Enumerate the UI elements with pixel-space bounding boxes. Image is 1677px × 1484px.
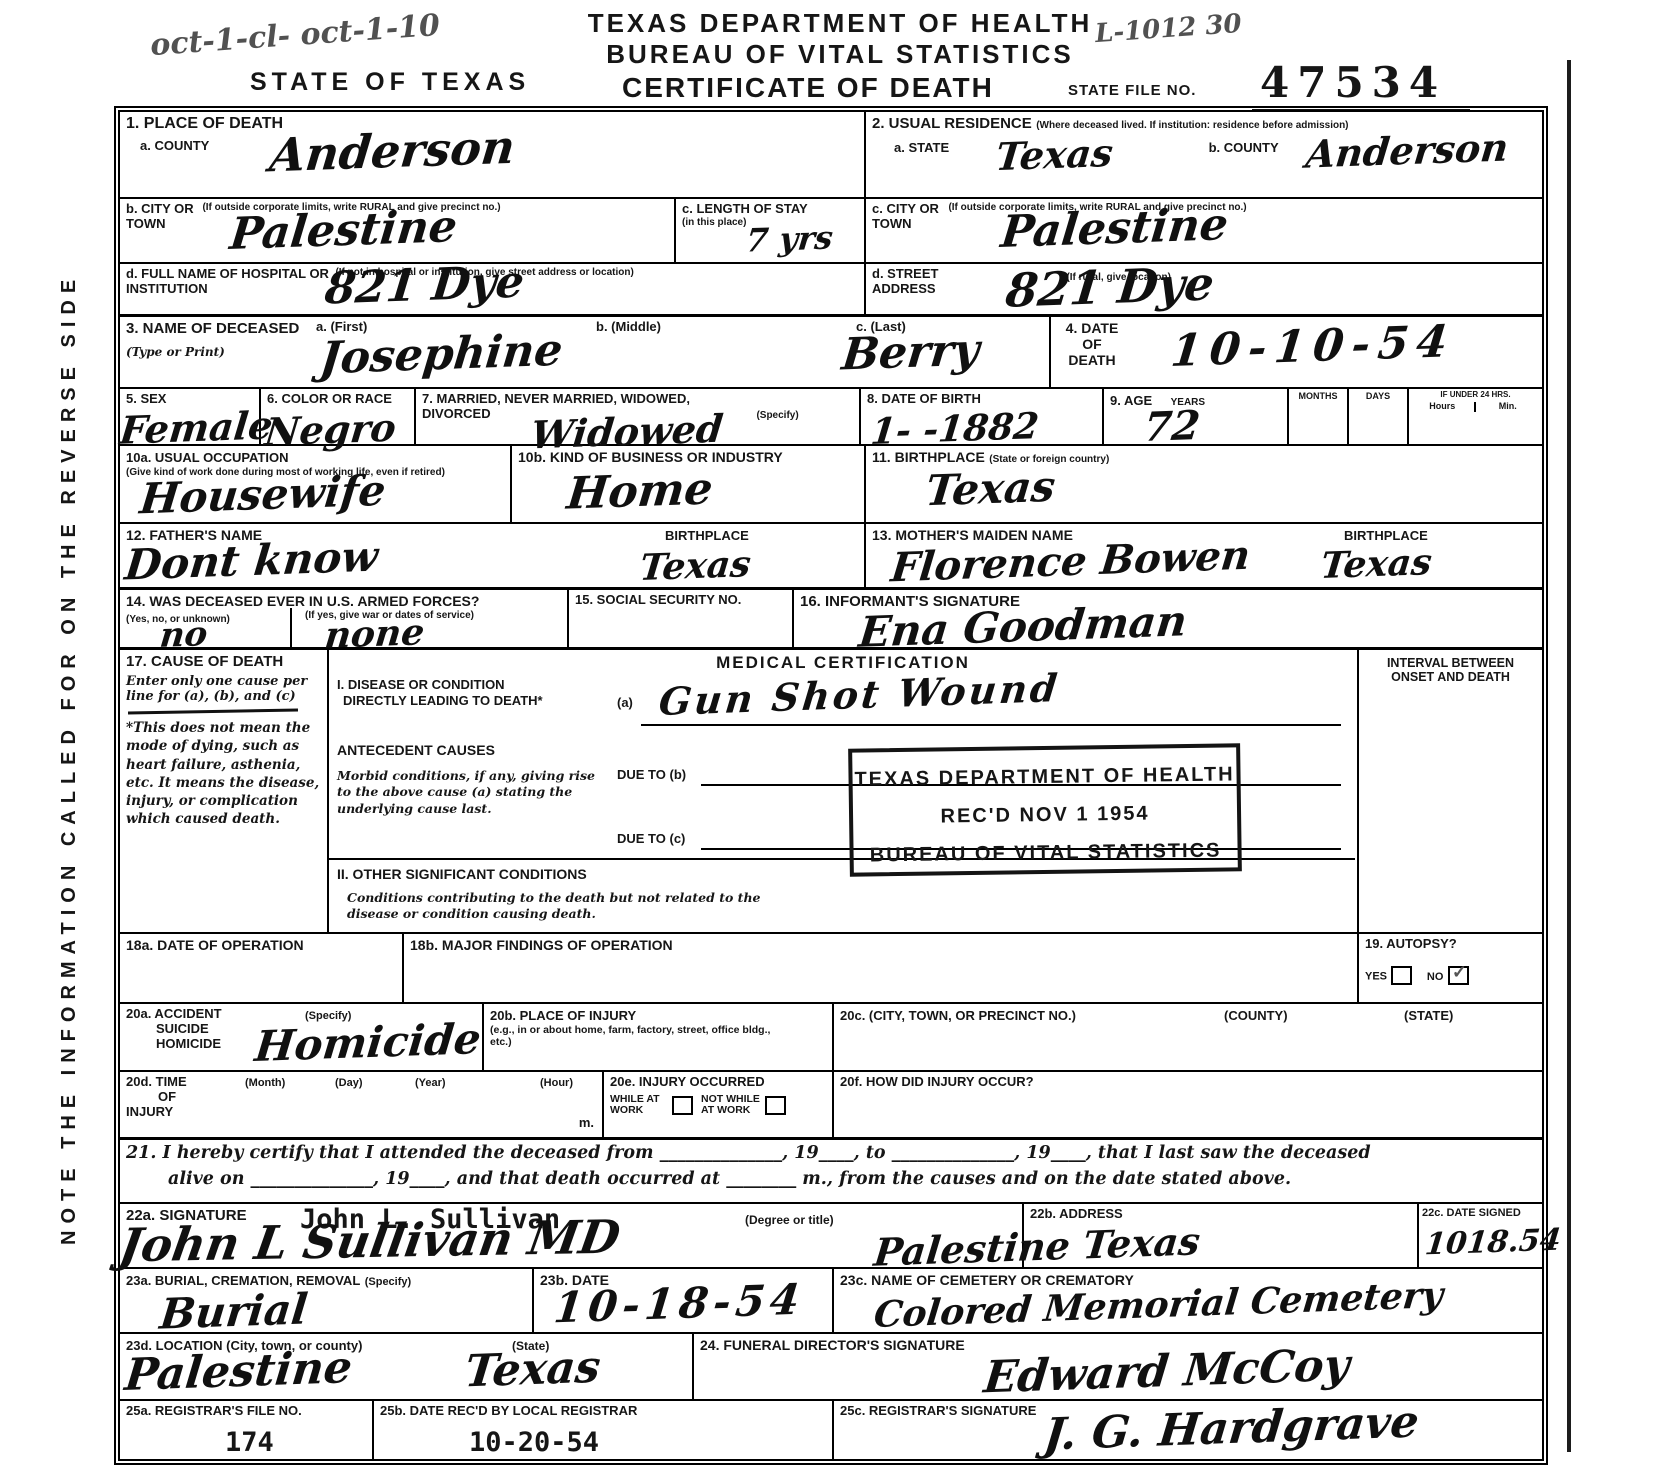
row-location: 23d. LOCATION (City, town, or county) (S… <box>120 1332 1542 1399</box>
father-birthplace-value-handwriting: Texas <box>638 546 752 586</box>
certification-line1: 21. I hereby certify that I attended the… <box>126 1143 1536 1163</box>
field-sex: 5. SEX Female <box>120 389 259 444</box>
residence-city-value-handwriting: Palestine <box>999 203 1230 255</box>
row-operation: 18a. DATE OF OPERATION 18b. MAJOR FINDIN… <box>120 932 1542 1002</box>
autopsy-yes-label: YES <box>1365 971 1387 983</box>
usual-residence-note: (Where deceased lived. If institution: r… <box>1036 120 1348 131</box>
disease-label-line1: I. DISEASE OR CONDITION <box>337 678 505 693</box>
age-hours-label: Hours <box>1411 402 1476 412</box>
cause-a-value-handwriting: Gun Shot Wound <box>657 669 1062 721</box>
field-place-of-injury: 20b. PLACE OF INJURY (e.g., in or about … <box>482 1004 832 1070</box>
field-ssn: 15. SOCIAL SECURITY NO. <box>567 590 792 647</box>
burial-note: (Specify) <box>365 1276 411 1288</box>
physician-address-value-handwriting: Palestine Texas <box>872 1222 1202 1272</box>
disease-label-line2: DIRECTLY LEADING TO DEATH* <box>343 694 543 709</box>
field-business: 10b. KIND OF BUSINESS OR INDUSTRY Home <box>510 446 864 522</box>
injury-hour-label: (Hour) <box>540 1077 573 1089</box>
birthplace-value-handwriting: Texas <box>924 466 1057 513</box>
business-value-handwriting: Home <box>565 467 715 516</box>
field-age-under24: IF UNDER 24 HRS. Hours Min. <box>1407 389 1542 444</box>
marital-note: (Specify) <box>756 410 798 421</box>
field-injury-location: 20c. (CITY, TOWN, OR PRECINCT NO.) (COUN… <box>832 1004 1542 1070</box>
color-race-value-handwriting: Negro <box>263 409 398 452</box>
row-armed-forces: 14. WAS DECEASED EVER IN U.S. ARMED FORC… <box>120 587 1542 647</box>
residence-state-label: a. STATE <box>894 140 949 155</box>
cause-note1: Enter only one cause per line for (a), (… <box>126 674 321 704</box>
residence-state-value-handwriting: Texas <box>994 134 1115 176</box>
row-parents: 12. FATHER'S NAME BIRTHPLACE Dont know T… <box>120 522 1542 587</box>
time-of-injury-line2: OF <box>158 1090 596 1105</box>
burial-value-handwriting: Burial <box>158 1288 310 1335</box>
field-color-race: 6. COLOR OR RACE Negro <box>259 389 414 444</box>
age-months-label: MONTHS <box>1291 392 1345 402</box>
cause-of-death-label: 17. CAUSE OF DEATH <box>126 653 321 670</box>
field-street-address: d. STREET ADDRESS (If rural, give locati… <box>864 264 1542 314</box>
field-birthplace: 11. BIRTHPLACE (State or foreign country… <box>864 446 1542 522</box>
registrar-date-value: 10-20-54 <box>469 1427 599 1458</box>
injury-county-label: (COUNTY) <box>1224 1009 1288 1024</box>
injury-year-label: (Year) <box>415 1077 446 1089</box>
sex-value-handwriting: Female <box>118 406 274 449</box>
burial-date-value-handwriting: 10-18-54 <box>552 1279 806 1330</box>
field-age: 9. AGE YEARS 72 <box>1102 389 1287 444</box>
place-city-value-handwriting: Palestine <box>228 205 459 257</box>
department-header: TEXAS DEPARTMENT OF HEALTH BUREAU OF VIT… <box>575 8 1105 70</box>
age-years-value-handwriting: 72 <box>1142 406 1202 448</box>
injury-day-label: (Day) <box>335 1077 363 1089</box>
pencil-scribble-left: oct-1-cl- oct-1-10 <box>149 8 441 63</box>
due-to-b-label: DUE TO (b) <box>617 768 686 783</box>
cause-note2: *This does not mean the mode of dying, s… <box>126 719 321 828</box>
injury-city-label: 20c. (CITY, TOWN, OR PRECINCT NO.) <box>840 1008 1076 1023</box>
field-first-name: a. (First) Josephine <box>310 317 590 387</box>
injury-kind-value-handwriting: Homicide <box>253 1018 483 1068</box>
row-certification-statement: 21. I hereby certify that I attended the… <box>120 1137 1542 1202</box>
field-name-of-deceased: 3. NAME OF DECEASED (Type or Print) <box>120 317 310 387</box>
funeral-director-signature-handwriting: Edward McCoy <box>982 1344 1352 1401</box>
armed-forces-label: 14. WAS DECEASED EVER IN U.S. ARMED FORC… <box>126 593 561 609</box>
field-marital-status: 7. MARRIED, NEVER MARRIED, WIDOWED, DIVO… <box>414 389 859 444</box>
field-residence-city: c. CITY OR TOWN (If outside corporate li… <box>864 199 1542 262</box>
marital-value-handwriting: Widowed <box>529 410 725 455</box>
time-of-injury-line3: INJURY <box>126 1105 596 1120</box>
received-stamp: TEXAS DEPARTMENT OF HEALTH REC'D NOV 1 1… <box>848 743 1242 876</box>
residence-county-value-handwriting: Anderson <box>1304 128 1510 173</box>
informant-signature-handwriting: Ena Goodman <box>857 600 1189 654</box>
ssn-label: 15. SOCIAL SECURITY NO. <box>575 593 786 608</box>
armed-forces-value-handwriting: no <box>158 617 209 653</box>
operation-findings-label: 18b. MAJOR FINDINGS OF OPERATION <box>410 937 1351 953</box>
stamp-line1: TEXAS DEPARTMENT OF HEALTH <box>852 755 1236 798</box>
place-of-injury-note: (e.g., in or about home, farm, factory, … <box>490 1025 790 1048</box>
field-burial: 23a. BURIAL, CREMATION, REMOVAL (Specify… <box>120 1269 532 1332</box>
usual-residence-title: 2. USUAL RESIDENCE <box>872 115 1032 132</box>
degree-title-label: (Degree or title) <box>745 1214 834 1227</box>
check-mark-icon: ✓ <box>1452 962 1467 983</box>
field-last-name: c. (Last) Berry <box>850 317 1049 387</box>
date-signed-label: 22c. DATE SIGNED <box>1422 1207 1539 1219</box>
field-mother: 13. MOTHER'S MAIDEN NAME BIRTHPLACE Flor… <box>864 524 1542 587</box>
burial-state-value-handwriting: Texas <box>463 1346 603 1395</box>
injury-state-label: (STATE) <box>1404 1009 1453 1024</box>
burial-city-value-handwriting: Palestine <box>123 1346 354 1398</box>
father-birthplace-label: BIRTHPLACE <box>665 529 749 544</box>
residence-city-label: c. CITY OR TOWN <box>872 202 944 232</box>
death-certificate-scan: oct-1-cl- oct-1-10 TEXAS DEPARTMENT OF H… <box>0 0 1677 1484</box>
mother-birthplace-value-handwriting: Texas <box>1319 544 1433 584</box>
field-how-injury-occurred: 20f. HOW DID INJURY OCCUR? <box>832 1072 1542 1137</box>
name-title: 3. NAME OF DECEASED <box>126 320 304 337</box>
length-of-stay-value-handwriting: 7 yrs <box>744 221 834 256</box>
certificate-title: CERTIFICATE OF DEATH <box>622 72 994 104</box>
while-at-work-label: WHILE AT WORK <box>610 1094 672 1117</box>
residence-county-label: b. COUNTY <box>1209 140 1279 155</box>
how-injury-occurred-label: 20f. HOW DID INJURY OCCUR? <box>840 1075 1536 1090</box>
last-name-value-handwriting: Berry <box>840 329 982 378</box>
place-of-injury-label: 20b. PLACE OF INJURY <box>490 1008 636 1023</box>
row-injury-time: 20d. TIME OF INJURY (Month) (Day) (Year)… <box>120 1070 1542 1137</box>
date-signed-value-handwriting: 1018.54 <box>1423 1226 1562 1261</box>
antecedent-label: ANTECEDENT CAUSES <box>337 742 495 758</box>
county-value-handwriting: Anderson <box>268 124 518 179</box>
father-value-handwriting: Dont know <box>123 535 380 586</box>
row-registrar: 25a. REGISTRAR'S FILE NO. 174 25b. DATE … <box>120 1399 1542 1459</box>
field-registrar-file-no: 25a. REGISTRAR'S FILE NO. 174 <box>120 1401 372 1459</box>
field-date-signed: 22c. DATE SIGNED 1018.54 <box>1417 1204 1542 1267</box>
field-operation-findings: 18b. MAJOR FINDINGS OF OPERATION <box>402 934 1357 1002</box>
date-of-birth-label: 8. DATE OF BIRTH <box>867 392 1096 407</box>
field-registrar-signature: 25c. REGISTRAR'S SIGNATURE J. G. Hardgra… <box>832 1401 1542 1459</box>
field-time-of-injury: 20d. TIME OF INJURY (Month) (Day) (Year)… <box>120 1072 602 1137</box>
injury-occurred-label: 20e. INJURY OCCURRED <box>610 1075 826 1090</box>
field-interval: INTERVAL BETWEEN ONSET AND DEATH <box>1357 650 1542 932</box>
row-address: d. FULL NAME OF HOSPITAL OR INSTITUTION … <box>120 262 1542 314</box>
cause-a-line <box>641 724 1341 726</box>
department-line1: TEXAS DEPARTMENT OF HEALTH <box>575 8 1105 39</box>
medical-certification-title: MEDICAL CERTIFICATION <box>335 653 1351 673</box>
row-injury-type: 20a. ACCIDENT SUICIDE HOMICIDE (Specify)… <box>120 1002 1542 1070</box>
armed-forces-divider <box>290 608 292 647</box>
field-occupation: 10a. USUAL OCCUPATION (Give kind of work… <box>120 446 510 522</box>
antecedent-note: Morbid conditions, if any, giving rise t… <box>337 768 605 817</box>
date-of-birth-value-handwriting: 1- -1882 <box>869 408 1040 450</box>
field-injury-occurred: 20e. INJURY OCCURRED WHILE AT WORK NOT W… <box>602 1072 832 1137</box>
injury-m-label: m. <box>579 1116 594 1131</box>
occupation-value-handwriting: Housewife <box>138 470 388 521</box>
field-medical-certification: MEDICAL CERTIFICATION I. DISEASE OR COND… <box>327 650 1357 932</box>
certificate-form: 1. PLACE OF DEATH a. COUNTY Anderson 2. … <box>118 110 1544 1461</box>
field-date-of-birth: 8. DATE OF BIRTH 1- -1882 <box>859 389 1102 444</box>
age-under24-label: IF UNDER 24 HRS. <box>1411 391 1540 400</box>
mother-value-handwriting: Florence Bowen <box>889 536 1252 589</box>
name-subtitle: (Type or Print) <box>126 345 304 359</box>
age-days-label: DAYS <box>1351 392 1405 402</box>
autopsy-label: 19. AUTOPSY? <box>1365 937 1536 952</box>
field-cemetery: 23c. NAME OF CEMETERY OR CREMATORY Color… <box>832 1269 1542 1332</box>
field-burial-date: 23b. DATE 10-18-54 <box>532 1269 832 1332</box>
stamp-line2: REC'D NOV 1 1954 <box>853 793 1237 836</box>
registrar-date-label: 25b. DATE REC'D BY LOCAL REGISTRAR <box>380 1404 826 1419</box>
other-conditions-label: II. OTHER SIGNIFICANT CONDITIONS <box>337 866 587 882</box>
field-accident-suicide-homicide: 20a. ACCIDENT SUICIDE HOMICIDE (Specify)… <box>120 1004 482 1070</box>
date-of-death-value-handwriting: 10-10-54 <box>1169 320 1458 374</box>
middle-name-label: b. (Middle) <box>596 320 844 335</box>
divider-squiggle <box>128 709 298 715</box>
field-armed-forces: 14. WAS DECEASED EVER IN U.S. ARMED FORC… <box>120 590 567 647</box>
registrar-file-no-label: 25a. REGISTRAR'S FILE NO. <box>126 1404 366 1419</box>
date-of-operation-label: 18a. DATE OF OPERATION <box>126 937 396 953</box>
interval-label-line2: ONSET AND DEATH <box>1365 670 1536 684</box>
row-burial: 23a. BURIAL, CREMATION, REMOVAL (Specify… <box>120 1267 1542 1332</box>
registrar-signature-handwriting: J. G. Hardgrave <box>1042 1400 1421 1457</box>
autopsy-no-checkbox: ✓ <box>1448 966 1469 985</box>
pencil-scribble-right: L-1012 30 <box>1094 9 1242 49</box>
row-city: b. CITY OR TOWN (If outside corporate li… <box>120 197 1542 262</box>
hospital-value-handwriting: 821 Dye <box>323 260 526 311</box>
street-address-value-handwriting: 821 Dye <box>1004 260 1217 313</box>
state-file-no-label: STATE FILE NO. <box>1068 82 1196 99</box>
due-to-c-label: DUE TO (c) <box>617 832 685 847</box>
field-usual-residence: 2. USUAL RESIDENCE (Where deceased lived… <box>864 112 1542 197</box>
field-date-of-operation: 18a. DATE OF OPERATION <box>120 934 402 1002</box>
field-registrar-date: 25b. DATE REC'D BY LOCAL REGISTRAR 10-20… <box>372 1401 832 1459</box>
physician-signature-handwriting: John L Sullivan MD <box>116 1214 623 1269</box>
field-place-of-death: 1. PLACE OF DEATH a. COUNTY Anderson <box>120 112 864 197</box>
field-funeral-director: 24. FUNERAL DIRECTOR'S SIGNATURE Edward … <box>692 1334 1542 1399</box>
field-cause-of-death-notes: 17. CAUSE OF DEATH Enter only one cause … <box>120 650 327 932</box>
field-father: 12. FATHER'S NAME BIRTHPLACE Dont know T… <box>120 524 864 587</box>
department-line2: BUREAU OF VITAL STATISTICS <box>575 39 1105 70</box>
row-medical-certification: 17. CAUSE OF DEATH Enter only one cause … <box>120 647 1542 932</box>
autopsy-no-label: NO <box>1427 971 1444 983</box>
row-name: 3. NAME OF DECEASED (Type or Print) a. (… <box>120 314 1542 387</box>
place-city-label: b. CITY OR TOWN <box>126 202 198 232</box>
physician-address-label: 22b. ADDRESS <box>1030 1207 1411 1222</box>
state-of-texas-label: STATE OF TEXAS <box>250 68 530 97</box>
age-min-label: Min. <box>1476 402 1541 412</box>
date-of-death-label: 4. DATE OF DEATH <box>1057 320 1127 368</box>
field-age-days: DAYS <box>1347 389 1407 444</box>
registrar-file-no-value: 174 <box>225 1427 274 1458</box>
field-burial-location: 23d. LOCATION (City, town, or county) (S… <box>120 1334 692 1399</box>
street-address-label: d. STREET ADDRESS <box>872 267 962 297</box>
field-place-city: b. CITY OR TOWN (If outside corporate li… <box>120 199 674 262</box>
scan-edge-artifact <box>1567 60 1571 1452</box>
state-file-number: 47534 <box>1252 58 1470 112</box>
hospital-label: d. FULL NAME OF HOSPITAL OR INSTITUTION <box>126 267 331 297</box>
field-hospital: d. FULL NAME OF HOSPITAL OR INSTITUTION … <box>120 264 864 314</box>
certification-line2: alive on ______________, 19____, and tha… <box>168 1169 1536 1189</box>
field-middle-name: b. (Middle) <box>590 317 850 387</box>
autopsy-yes-checkbox <box>1391 966 1412 985</box>
field-physician-address: 22b. ADDRESS Palestine Texas <box>1022 1204 1417 1267</box>
field-autopsy: 19. AUTOPSY? YES NO ✓ <box>1357 934 1542 1002</box>
not-while-at-work-label: NOT WHILE AT WORK <box>701 1094 765 1117</box>
field-informant: 16. INFORMANT'S SIGNATURE Ena Goodman <box>792 590 1542 647</box>
row-occupation: 10a. USUAL OCCUPATION (Give kind of work… <box>120 444 1542 522</box>
row-place-residence: 1. PLACE OF DEATH a. COUNTY Anderson 2. … <box>120 112 1542 197</box>
disease-a-label: (a) <box>617 696 633 711</box>
first-name-value-handwriting: Josephine <box>318 329 565 382</box>
armed-forces-service-value-handwriting: none <box>323 614 426 654</box>
length-of-stay-label: c. LENGTH OF STAY <box>682 202 858 217</box>
while-at-work-checkbox <box>672 1096 693 1115</box>
margin-note: NOTE THE INFORMATION CALLED FOR ON THE R… <box>58 310 81 1245</box>
field-age-months: MONTHS <box>1287 389 1347 444</box>
field-date-of-death: 4. DATE OF DEATH 10-10-54 <box>1049 317 1542 387</box>
injury-month-label: (Month) <box>245 1077 285 1089</box>
row-physician: 22a. SIGNATURE John L. Sullivan (Degree … <box>120 1202 1542 1267</box>
not-while-at-work-checkbox <box>765 1096 786 1115</box>
other-conditions-note: Conditions contributing to the death but… <box>347 890 777 923</box>
row-demographics: 5. SEX Female 6. COLOR OR RACE Negro 7. … <box>120 387 1542 444</box>
interval-label-line1: INTERVAL BETWEEN <box>1365 656 1536 670</box>
field-length-of-stay: c. LENGTH OF STAY (in this place) 7 yrs <box>674 199 864 262</box>
stamp-line3: BUREAU OF VITAL STATISTICS <box>853 831 1237 874</box>
field-certification-statement: 21. I hereby certify that I attended the… <box>120 1140 1542 1202</box>
